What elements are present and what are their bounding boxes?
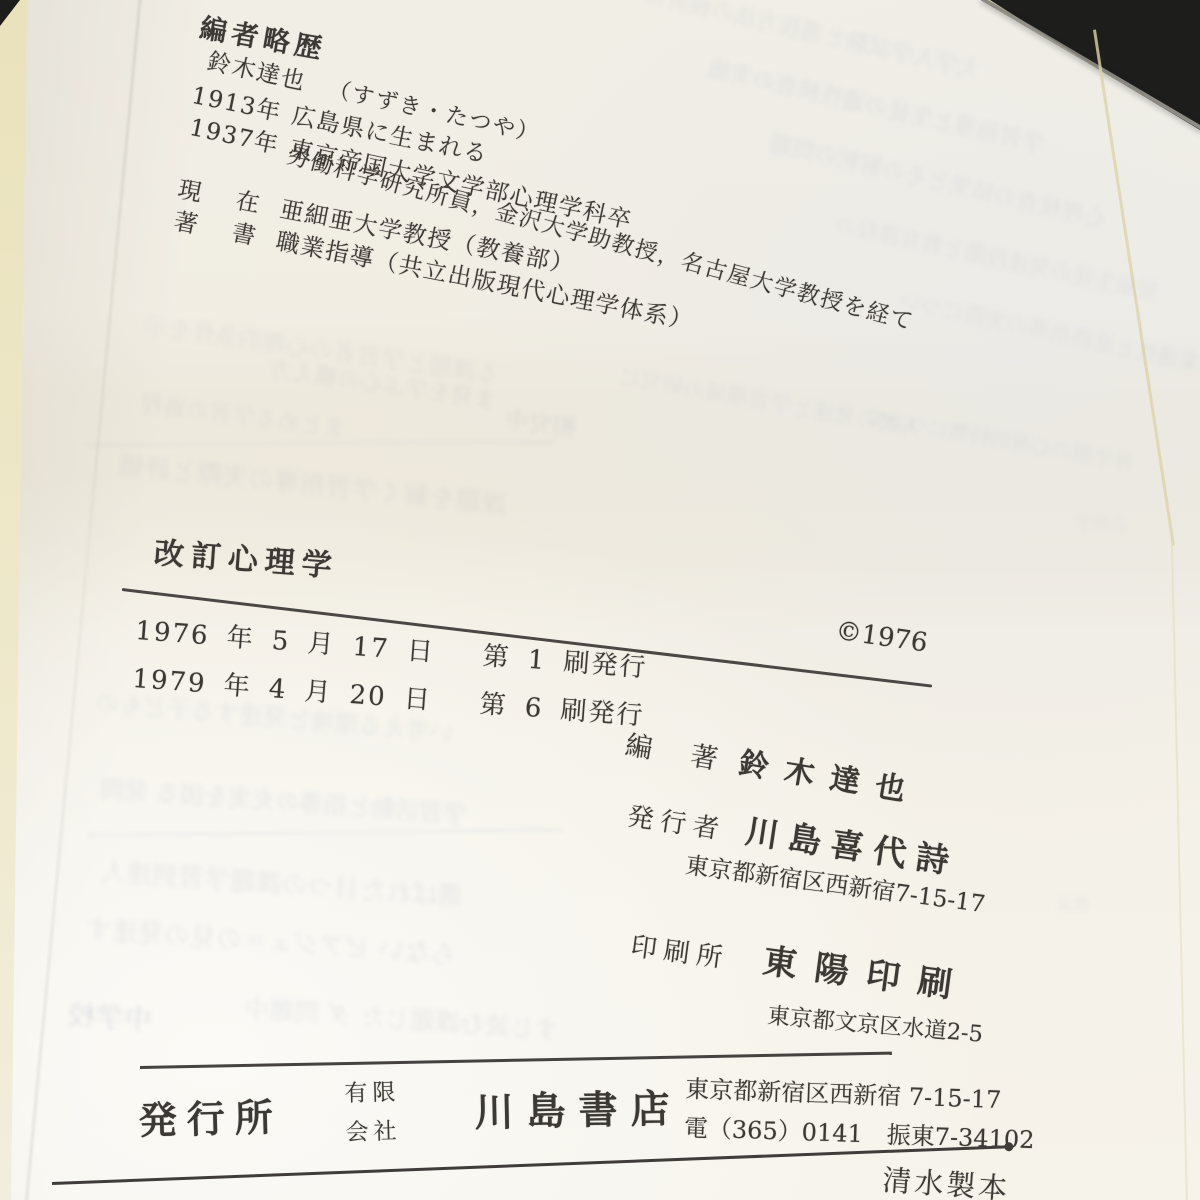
company-type-bottom: 会社 [345, 1113, 402, 1153]
bleedthrough-text: 中学校 [67, 993, 154, 1039]
company-type-top: 有限 [344, 1074, 401, 1114]
company-type-stacked: 有限 会社 [344, 1074, 402, 1153]
photo-of-colophon-page: 大学入学試験と選抜方法の検討に学習指導と生徒の適性検査の実施心理検査の結果とその… [0, 0, 1200, 1200]
bleedthrough-text: 心理学 [1075, 509, 1127, 537]
imprint-company-name: 川島書店 [474, 1078, 683, 1138]
bleedthrough-text: 概論 [1055, 889, 1090, 916]
imprint-label: 発行所 [138, 1086, 283, 1145]
